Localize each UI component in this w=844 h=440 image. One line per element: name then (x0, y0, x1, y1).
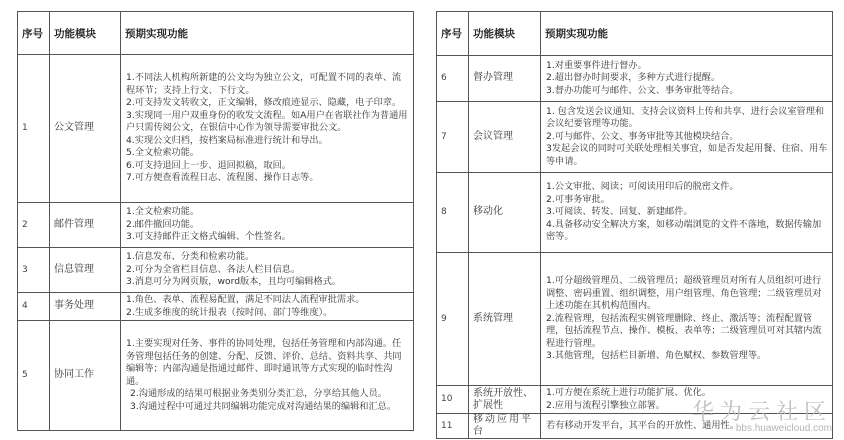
module-name: 信息管理 (50, 248, 121, 293)
function-description: 1.可分超级管理员、二级管理员；超级管理员对所有人员组织可进行调整、密码重置、组… (541, 253, 833, 386)
function-item: 7.可方便查看流程日志、流程图、操作日志等。 (126, 172, 409, 185)
module-name: 系统管理 (469, 253, 541, 386)
table-row: 8 移动化 1.公文审批、阅读；可阅读用印后的脱密文件。 2.可事务审批。 3.… (437, 173, 833, 253)
row-number: 3 (18, 248, 50, 293)
function-item: 2.可支持发文转收文，正文编辑，修改痕迹显示、隐藏，电子印章。 (126, 97, 409, 110)
requirements-table-left: 序号 功能模块 预期实现功能 1 公文管理 1.不同法人机构所新建的公文均为独立… (17, 11, 414, 431)
module-name: 邮件管理 (50, 203, 121, 248)
header-no: 序号 (437, 12, 469, 56)
module-name: 移动应用平台 (469, 414, 541, 439)
function-item: 3.可支持邮件正文格式编辑、个性签名。 (126, 231, 409, 244)
row-number: 1 (18, 55, 50, 203)
function-item: 若有移动开发平台，其平台的开放性、通用性。 (546, 420, 828, 433)
function-item: 4.具备移动安全解决方案，如移动端浏览的文件不落地，数据传输加密等。 (546, 219, 828, 244)
table-row: 5 协同工作 1.主要实现对任务、事件的协同处理，包括任务管理和内部沟通。任务管… (18, 321, 414, 431)
table-header-row: 序号 功能模块 预期实现功能 (18, 12, 414, 55)
row-number: 7 (437, 102, 469, 173)
function-item: 1.可方便在系统上进行功能扩展、优化。 (546, 387, 828, 400)
header-no: 序号 (18, 12, 50, 55)
function-item: 1.角色、表单、流程易配置，满足不同法人流程审批需求。 (126, 294, 409, 307)
module-name: 移动化 (469, 173, 541, 253)
function-description: 1. 包含发送会议通知、支持会议资料上传和共享、进行会议室管理和会议纪要管理等功… (541, 102, 833, 173)
function-item: 3.实现同一用户双重身份的收发文流程。如A用户在省联社作为普通用户只需传阅公文，… (126, 110, 409, 135)
function-item: 1.不同法人机构所新建的公文均为独立公文，可配置不同的表单、流程环节；支持上行文… (126, 72, 409, 97)
function-description: 1.对重要事件进行督办。 2.超出督办时间要求，多种方式进行提醒。 3.督办功能… (541, 56, 833, 102)
module-name: 事务处理 (50, 293, 121, 321)
function-item: 1.可分超级管理员、二级管理员；超级管理员对所有人员组织可进行调整、密码重置、组… (546, 275, 828, 313)
function-description: 1.不同法人机构所新建的公文均为独立公文，可配置不同的表单、流程环节；支持上行文… (121, 55, 414, 203)
function-item: 2.可分为全省栏目信息、各法人栏目信息。 (126, 264, 409, 277)
table-header-row: 序号 功能模块 预期实现功能 (437, 12, 833, 56)
function-item: 4.实现公文归档，按档案局标准进行统计和导出。 (126, 135, 409, 148)
table-row: 3 信息管理 1.信息发布、分类和检索功能。 2.可分为全省栏目信息、各法人栏目… (18, 248, 414, 293)
function-item: 2.流程管理，包括流程实例管理删除、终止、激活等；流程配置管理，包括流程节点、操… (546, 313, 828, 351)
row-number: 11 (437, 414, 469, 439)
row-number: 5 (18, 321, 50, 431)
function-item: 3.其他管理，包括栏目新增、角色赋权、参数管理等。 (546, 350, 828, 363)
function-item: 2.可与邮件、公文、事务审批等其他模块结合。 (546, 131, 828, 144)
function-item: 1.全文检索功能。 (126, 206, 409, 219)
row-number: 6 (437, 56, 469, 102)
module-name: 协同工作 (50, 321, 121, 431)
function-item: 1.主要实现对任务、事件的协同处理，包括任务管理和内部沟通。任务管理包括任务的创… (126, 338, 409, 388)
table-row: 9 系统管理 1.可分超级管理员、二级管理员；超级管理员对所有人员组织可进行调整… (437, 253, 833, 386)
header-function: 预期实现功能 (121, 12, 414, 55)
function-description: 1.可方便在系统上进行功能扩展、优化。 2.应用与流程引擎独立部署。 (541, 386, 833, 414)
function-item: 5.全文检索功能。 (126, 147, 409, 160)
function-item: 1.公文审批、阅读；可阅读用印后的脱密文件。 (546, 181, 828, 194)
function-item: 2.沟通形成的结果可根据业务类别分类汇总，分享给其他人员。 (126, 388, 409, 401)
requirements-table-right: 序号 功能模块 预期实现功能 6 督办管理 1.对重要事件进行督办。 2.超出督… (436, 11, 833, 439)
function-item: 1.对重要事件进行督办。 (546, 60, 828, 73)
function-item: 2.邮件撤回功能。 (126, 219, 409, 232)
function-item: 2.生成多维度的统计报表（按时间、部门等维度）。 (126, 307, 409, 320)
function-description: 若有移动开发平台，其平台的开放性、通用性。 (541, 414, 833, 439)
module-name: 督办管理 (469, 56, 541, 102)
row-number: 9 (437, 253, 469, 386)
function-description: 1.全文检索功能。 2.邮件撤回功能。 3.可支持邮件正文格式编辑、个性签名。 (121, 203, 414, 248)
function-item: 3.消息可分为网页版，word版本，且均可编辑格式。 (126, 276, 409, 289)
module-name: 会议管理 (469, 102, 541, 173)
header-module: 功能模块 (469, 12, 541, 56)
function-item: 3.可阅读、转发、回复、新建邮件。 (546, 206, 828, 219)
function-description: 1.角色、表单、流程易配置，满足不同法人流程审批需求。 2.生成多维度的统计报表… (121, 293, 414, 321)
table-row: 2 邮件管理 1.全文检索功能。 2.邮件撤回功能。 3.可支持邮件正文格式编辑… (18, 203, 414, 248)
header-function: 预期实现功能 (541, 12, 833, 56)
function-item: 2.可事务审批。 (546, 194, 828, 207)
function-item: 3.督办功能可与邮件、公文、事务审批等结合。 (546, 85, 828, 98)
function-item: 1. 包含发送会议通知、支持会议资料上传和共享、进行会议室管理和会议纪要管理等功… (546, 106, 828, 131)
function-item: 3.沟通过程中可通过共同编辑功能完成对沟通结果的编辑和汇总。 (126, 401, 409, 414)
function-item: 1.信息发布、分类和检索功能。 (126, 251, 409, 264)
table-row: 1 公文管理 1.不同法人机构所新建的公文均为独立公文，可配置不同的表单、流程环… (18, 55, 414, 203)
function-item: 2.超出督办时间要求，多种方式进行提醒。 (546, 72, 828, 85)
function-description: 1.主要实现对任务、事件的协同处理，包括任务管理和内部沟通。任务管理包括任务的创… (121, 321, 414, 431)
row-number: 2 (18, 203, 50, 248)
module-name: 公文管理 (50, 55, 121, 203)
function-item: 3发起会议的同时可关联处理相关事宜，如是否发起用餐、住宿、用车等申请。 (546, 143, 828, 168)
table-row: 4 事务处理 1.角色、表单、流程易配置，满足不同法人流程审批需求。 2.生成多… (18, 293, 414, 321)
row-number: 4 (18, 293, 50, 321)
function-item: 6.可支持退回上一步、退回拟稿，取回。 (126, 160, 409, 173)
table-row: 6 督办管理 1.对重要事件进行督办。 2.超出督办时间要求，多种方式进行提醒。… (437, 56, 833, 102)
table-row: 7 会议管理 1. 包含发送会议通知、支持会议资料上传和共享、进行会议室管理和会… (437, 102, 833, 173)
module-name: 系统开放性、扩展性 (469, 386, 541, 414)
row-number: 10 (437, 386, 469, 414)
row-number: 8 (437, 173, 469, 253)
header-module: 功能模块 (50, 12, 121, 55)
function-item: 2.应用与流程引擎独立部署。 (546, 400, 828, 413)
function-description: 1.信息发布、分类和检索功能。 2.可分为全省栏目信息、各法人栏目信息。 3.消… (121, 248, 414, 293)
function-description: 1.公文审批、阅读；可阅读用印后的脱密文件。 2.可事务审批。 3.可阅读、转发… (541, 173, 833, 253)
table-row: 11 移动应用平台 若有移动开发平台，其平台的开放性、通用性。 (437, 414, 833, 439)
table-row: 10 系统开放性、扩展性 1.可方便在系统上进行功能扩展、优化。 2.应用与流程… (437, 386, 833, 414)
